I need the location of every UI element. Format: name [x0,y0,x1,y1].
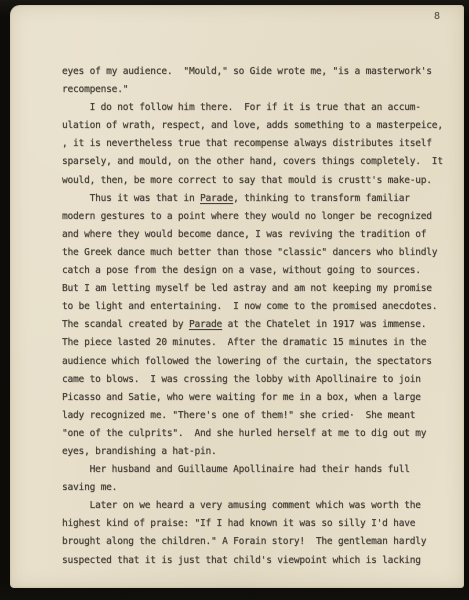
text-line: recompense." [62,81,454,99]
text-line: Her husband and Guillaume Apollinaire ha… [62,461,454,479]
text-line: would, then, be more correct to say that… [62,172,454,190]
text-line: ulation of wrath, respect, and love, add… [62,117,454,135]
typewritten-text-block: eyes of my audience. "Mould," so Gide wr… [62,63,454,570]
text-line: sparsely, and mould, on the other hand, … [62,153,454,171]
text-line: Later on we heard a very amusing comment… [62,497,454,515]
page-number: 8 [434,11,440,22]
text-line: eyes, brandishing a hat-pin. [62,443,454,461]
typewritten-page: 8 eyes of my audience. "Mould," so Gide … [10,5,464,588]
text-line: The scandal created by Parade at the Cha… [62,316,454,334]
text-line: The piece lasted 20 minutes. After the d… [62,334,454,352]
text-line: eyes of my audience. "Mould," so Gide wr… [62,63,454,81]
text-line: came to blows. I was crossing the lobby … [62,371,454,389]
text-line: modern gestures to a point where they wo… [62,208,454,226]
text-line: highest kind of praise: "If I had known … [62,515,454,533]
text-line: catch a pose from the design on a vase, … [62,262,454,280]
text-line: "one of the culprits". And she hurled he… [62,425,454,443]
underlined-title: Parade [189,319,222,330]
text-line: suspected that it is just that child's v… [62,552,454,570]
text-line: to be light and entertaining. I now come… [62,298,454,316]
scan-background: 8 eyes of my audience. "Mould," so Gide … [0,0,469,600]
text-line: I do not follow him there. For if it is … [62,99,454,117]
text-line: brought along the children." A Forain st… [62,533,454,551]
text-line: lady recognized me. "There's one of them… [62,407,454,425]
text-line: Picasso and Satie, who were waiting for … [62,389,454,407]
text-line: , it is nevertheless true that recompens… [62,135,454,153]
text-line: and where they would become dance, I was… [62,226,454,244]
text-line: the Greek dance much better than those "… [62,244,454,262]
text-line: Thus it was that in Parade, thinking to … [62,190,454,208]
text-line: But I am letting myself be led astray an… [62,280,454,298]
underlined-title: Parade [200,193,233,204]
text-line: saving me. [62,479,454,497]
text-line: audience which followed the lowering of … [62,353,454,371]
